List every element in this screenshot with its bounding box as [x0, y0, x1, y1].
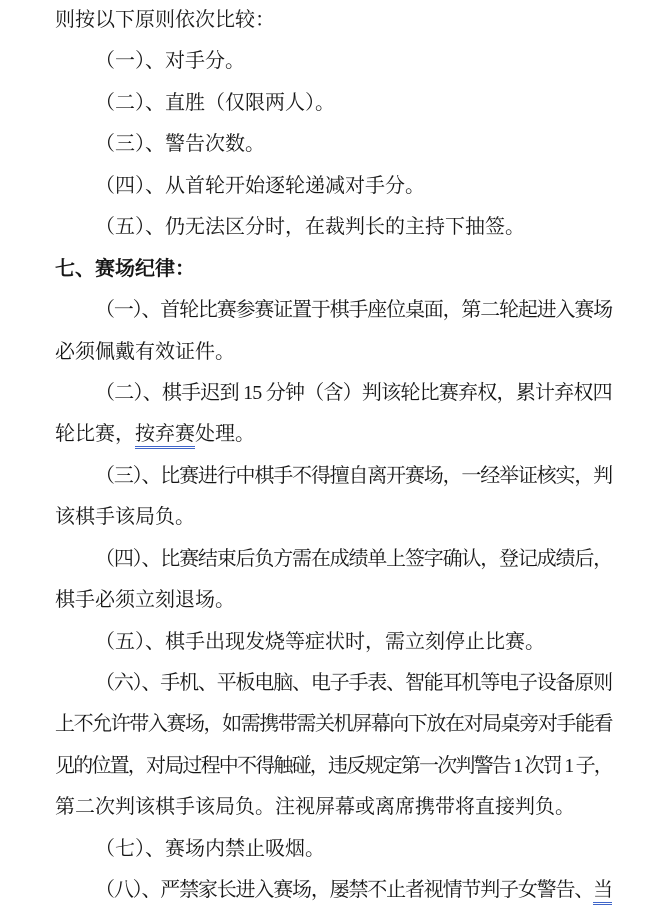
first-line-indent: [55, 315, 95, 316]
text-run: 上不允许带入赛场，如需携带需关机屏幕向下放在对局桌旁对手能看: [55, 713, 612, 735]
text-run: 必须佩戴有效证件。: [55, 341, 235, 363]
text-run: 第二次判该棋手该局负。注视屏幕或离席携带将直接判负。: [55, 796, 575, 818]
paragraph: （五）、仍无法区分时，在裁判长的主持下抽签。: [55, 207, 612, 248]
text-line-content: （三）、警告次数。: [55, 133, 265, 155]
text-line: 该棋手该局负。: [55, 497, 612, 538]
text-line: （七）、赛场内禁止吸烟。: [55, 829, 612, 870]
text-line-content: （二）、棋手迟到 15 分钟（含）判该轮比赛弃权，累计弃权四: [55, 382, 612, 404]
paragraph: （四）、比赛结束后负方需在成绩单上签字确认，登记成绩后，棋手必须立刻退场。: [55, 539, 612, 622]
grammar-underlined-text: 按弃赛: [135, 423, 195, 449]
text-line: 必须佩戴有效证件。: [55, 332, 612, 373]
paragraph: 则按以下原则依次比较：: [55, 0, 612, 41]
text-line-content: 棋手必须立刻退场。: [55, 589, 235, 611]
paragraph: （二）、棋手迟到 15 分钟（含）判该轮比赛弃权，累计弃权四轮比赛，按弃赛处理。: [55, 373, 612, 456]
document-page: 则按以下原则依次比较：（一）、对手分。（二）、直胜（仅限两人）。（三）、警告次数…: [0, 0, 645, 912]
text-run: （七）、赛场内禁止吸烟。: [95, 838, 325, 860]
text-line-content: （二）、直胜（仅限两人）。: [55, 92, 335, 114]
text-run: 该棋手该局负。: [55, 506, 195, 528]
text-line-content: （五）、仍无法区分时，在裁判长的主持下抽签。: [55, 216, 525, 238]
grammar-underlined-text: 当: [593, 879, 612, 905]
text-line: 七、赛场纪律：: [55, 249, 612, 290]
first-line-indent: [55, 108, 95, 109]
text-run: （三）、警告次数。: [95, 133, 265, 155]
paragraph: （一）、对手分。: [55, 41, 612, 82]
text-line-content: 必须佩戴有效证件。: [55, 341, 235, 363]
text-line-content: （四）、比赛结束后负方需在成绩单上签字确认，登记成绩后，: [55, 548, 612, 570]
paragraph: （四）、从首轮开始逐轮递减对手分。: [55, 166, 612, 207]
text-line: 棋手必须立刻退场。: [55, 580, 612, 621]
text-run: （一）、首轮比赛参赛证置于棋手座位桌面，第二轮起进入赛场: [95, 299, 612, 321]
text-line-content: 七、赛场纪律：: [55, 258, 195, 280]
text-line: 见的位置，对局过程中不得触碰，违反规定第一次判警告 1 次罚 1 子，: [55, 746, 612, 787]
text-run: （五）、仍无法区分时，在裁判长的主持下抽签。: [95, 216, 525, 238]
paragraph: （六）、手机、平板电脑、电子手表、智能耳机等电子设备原则上不允许带入赛场，如需携…: [55, 663, 612, 829]
text-line: （五）、仍无法区分时，在裁判长的主持下抽签。: [55, 207, 612, 248]
first-line-indent: [55, 854, 95, 855]
section-heading: 七、赛场纪律：: [55, 249, 612, 290]
paragraph: （八）、严禁家长进入赛场，屡禁不止者视情节判子女警告、当: [55, 870, 612, 911]
text-run: （三）、比赛进行中棋手不得擅自离开赛场，一经举证核实，判: [95, 465, 612, 487]
text-line: （一）、首轮比赛参赛证置于棋手座位桌面，第二轮起进入赛场: [55, 290, 612, 331]
text-line-content: 第二次判该棋手该局负。注视屏幕或离席携带将直接判负。: [55, 796, 575, 818]
text-line-content: （一）、首轮比赛参赛证置于棋手座位桌面，第二轮起进入赛场: [55, 299, 612, 321]
text-line: 第二次判该棋手该局负。注视屏幕或离席携带将直接判负。: [55, 787, 612, 828]
text-line: 则按以下原则依次比较：: [55, 0, 612, 41]
text-line-content: （七）、赛场内禁止吸烟。: [55, 838, 325, 860]
first-line-indent: [55, 232, 95, 233]
text-run: 轮比赛，: [55, 423, 135, 445]
text-line: （四）、比赛结束后负方需在成绩单上签字确认，登记成绩后，: [55, 539, 612, 580]
text-line: （三）、警告次数。: [55, 124, 612, 165]
text-line: （三）、比赛进行中棋手不得擅自离开赛场，一经举证核实，判: [55, 456, 612, 497]
text-line-content: （五）、棋手出现发烧等症状时，需立刻停止比赛。: [55, 631, 545, 653]
text-run: 棋手必须立刻退场。: [55, 589, 235, 611]
text-run: 则按以下原则依次比较：: [55, 9, 275, 31]
text-line: （二）、直胜（仅限两人）。: [55, 83, 612, 124]
text-run: （四）、从首轮开始逐轮递减对手分。: [95, 175, 425, 197]
paragraph: （三）、警告次数。: [55, 124, 612, 165]
text-line-content: 该棋手该局负。: [55, 506, 195, 528]
text-line-content: 则按以下原则依次比较：: [55, 9, 275, 31]
paragraph: （七）、赛场内禁止吸烟。: [55, 829, 612, 870]
text-run: （二）、棋手迟到 15 分钟（含）判该轮比赛弃权，累计弃权四: [95, 382, 612, 404]
text-line-content: 上不允许带入赛场，如需携带需关机屏幕向下放在对局桌旁对手能看: [55, 713, 612, 735]
text-run: （四）、比赛结束后负方需在成绩单上签字确认，登记成绩后，: [95, 548, 612, 570]
paragraph: （一）、首轮比赛参赛证置于棋手座位桌面，第二轮起进入赛场必须佩戴有效证件。: [55, 290, 612, 373]
text-run: 见的位置，对局过程中不得触碰，违反规定第一次判警告 1 次罚 1 子，: [55, 755, 612, 777]
first-line-indent: [55, 149, 95, 150]
text-line: （五）、棋手出现发烧等症状时，需立刻停止比赛。: [55, 622, 612, 663]
text-run: （二）、直胜（仅限两人）。: [95, 92, 335, 114]
text-run: （六）、手机、平板电脑、电子手表、智能耳机等电子设备原则: [95, 672, 612, 694]
text-line-content: （四）、从首轮开始逐轮递减对手分。: [55, 175, 425, 197]
text-line: （八）、严禁家长进入赛场，屡禁不止者视情节判子女警告、当: [55, 870, 612, 911]
text-line: （二）、棋手迟到 15 分钟（含）判该轮比赛弃权，累计弃权四: [55, 373, 612, 414]
first-line-indent: [55, 398, 95, 399]
text-line-content: （八）、严禁家长进入赛场，屡禁不止者视情节判子女警告、当: [55, 879, 612, 901]
text-run: （五）、棋手出现发烧等症状时，需立刻停止比赛。: [95, 631, 545, 653]
first-line-indent: [55, 66, 95, 67]
paragraph: （五）、棋手出现发烧等症状时，需立刻停止比赛。: [55, 622, 612, 663]
text-line-content: 轮比赛，按弃赛处理。: [55, 423, 255, 449]
text-run: （八）、严禁家长进入赛场，屡禁不止者视情节判子女警告、: [95, 879, 593, 901]
first-line-indent: [55, 191, 95, 192]
text-line-content: （一）、对手分。: [55, 50, 245, 72]
text-line-content: （三）、比赛进行中棋手不得擅自离开赛场，一经举证核实，判: [55, 465, 612, 487]
first-line-indent: [55, 647, 95, 648]
text-run: 七、赛场纪律：: [55, 258, 195, 280]
text-line: （一）、对手分。: [55, 41, 612, 82]
text-run: （一）、对手分。: [95, 50, 245, 72]
text-line-content: （六）、手机、平板电脑、电子手表、智能耳机等电子设备原则: [55, 672, 612, 694]
paragraph: （二）、直胜（仅限两人）。: [55, 83, 612, 124]
text-line: （四）、从首轮开始逐轮递减对手分。: [55, 166, 612, 207]
paragraph: （三）、比赛进行中棋手不得擅自离开赛场，一经举证核实，判该棋手该局负。: [55, 456, 612, 539]
first-line-indent: [55, 895, 95, 896]
first-line-indent: [55, 688, 95, 689]
text-line: （六）、手机、平板电脑、电子手表、智能耳机等电子设备原则: [55, 663, 612, 704]
text-line: 上不允许带入赛场，如需携带需关机屏幕向下放在对局桌旁对手能看: [55, 704, 612, 745]
text-line: 轮比赛，按弃赛处理。: [55, 414, 612, 455]
first-line-indent: [55, 481, 95, 482]
first-line-indent: [55, 564, 95, 565]
text-run: 处理。: [195, 423, 255, 445]
text-line-content: 见的位置，对局过程中不得触碰，违反规定第一次判警告 1 次罚 1 子，: [55, 755, 612, 777]
